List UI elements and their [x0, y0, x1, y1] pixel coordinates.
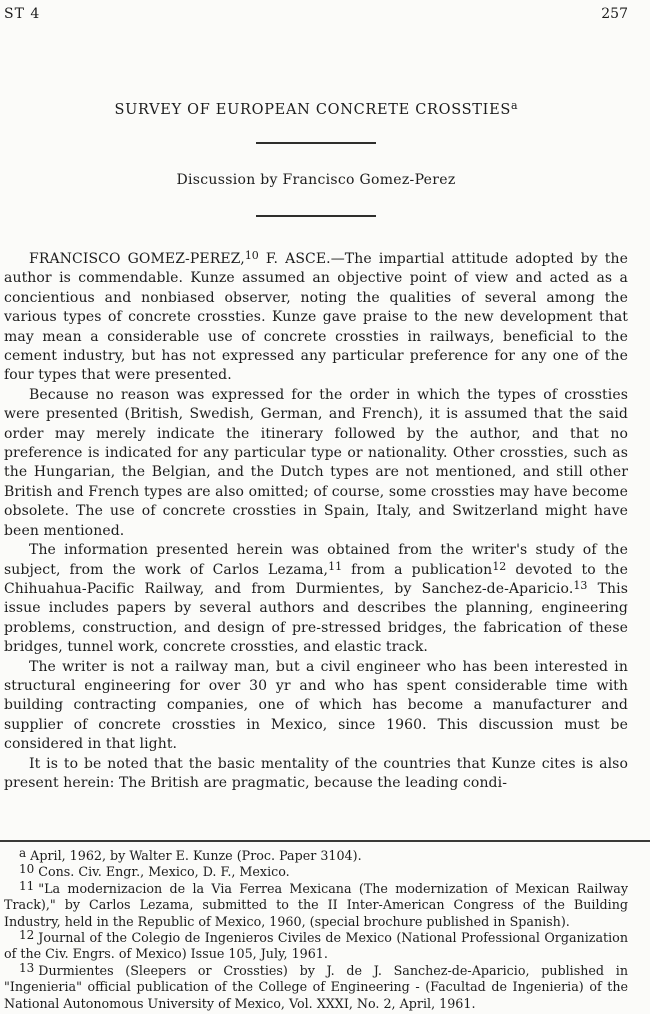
article-title: SURVEY OF EUROPEAN CONCRETE CROSSTIESa [4, 102, 628, 119]
footnote-marker: 11 [19, 879, 38, 893]
paragraph-3: The information presented herein was obt… [4, 541, 628, 657]
footnote-text: Journal of the Colegio de Ingenieros Civ… [4, 930, 628, 961]
title-divider-rule [256, 142, 376, 144]
footnotes: aApril, 1962, by Walter E. Kunze (Proc. … [4, 842, 628, 1012]
running-header: ST 4 257 [4, 6, 628, 22]
page-number: 257 [601, 6, 628, 22]
footnote-text: April, 1962, by Walter E. Kunze (Proc. P… [30, 848, 361, 863]
footnote-text: Cons. Civ. Engr., Mexico, D. F., Mexico. [38, 864, 289, 879]
footnote-12: 12Journal of the Colegio de Ingenieros C… [4, 930, 628, 963]
running-head-section: ST 4 [4, 6, 40, 22]
paragraph-1: FRANCISCO GOMEZ-PEREZ,10 F. ASCE.—The im… [4, 250, 628, 386]
title-footnote-ref: a [511, 99, 518, 112]
article-title-text: SURVEY OF EUROPEAN CONCRETE CROSSTIES [114, 102, 511, 118]
footnote-marker: a [19, 846, 30, 860]
paragraph-4: The writer is not a railway man, but a c… [4, 658, 628, 755]
footnote-a: aApril, 1962, by Walter E. Kunze (Proc. … [4, 848, 628, 864]
footnote-block: aApril, 1962, by Walter E. Kunze (Proc. … [4, 840, 628, 1012]
journal-page: ST 4 257 SURVEY OF EUROPEAN CONCRETE CRO… [0, 0, 650, 1014]
footnote-marker: 13 [19, 961, 38, 975]
paragraph-2: Because no reason was expressed for the … [4, 386, 628, 541]
byline-divider-rule [256, 215, 376, 217]
footnote-11: 11"La modernizacion de la Via Ferrea Mex… [4, 881, 628, 930]
footnote-text: "La modernizacion de la Via Ferrea Mexic… [4, 881, 628, 929]
footnote-marker: 12 [19, 928, 38, 942]
footnote-marker: 10 [19, 862, 38, 876]
article-body: FRANCISCO GOMEZ-PEREZ,10 F. ASCE.—The im… [4, 250, 628, 793]
footnote-13: 13Durmientes (Sleepers or Crossties) by … [4, 963, 628, 1012]
footnote-10: 10Cons. Civ. Engr., Mexico, D. F., Mexic… [4, 864, 628, 880]
paragraph-5: It is to be noted that the basic mentali… [4, 755, 628, 794]
footnote-text: Durmientes (Sleepers or Crossties) by J.… [4, 963, 628, 1011]
byline: Discussion by Francisco Gomez-Perez [4, 172, 628, 189]
